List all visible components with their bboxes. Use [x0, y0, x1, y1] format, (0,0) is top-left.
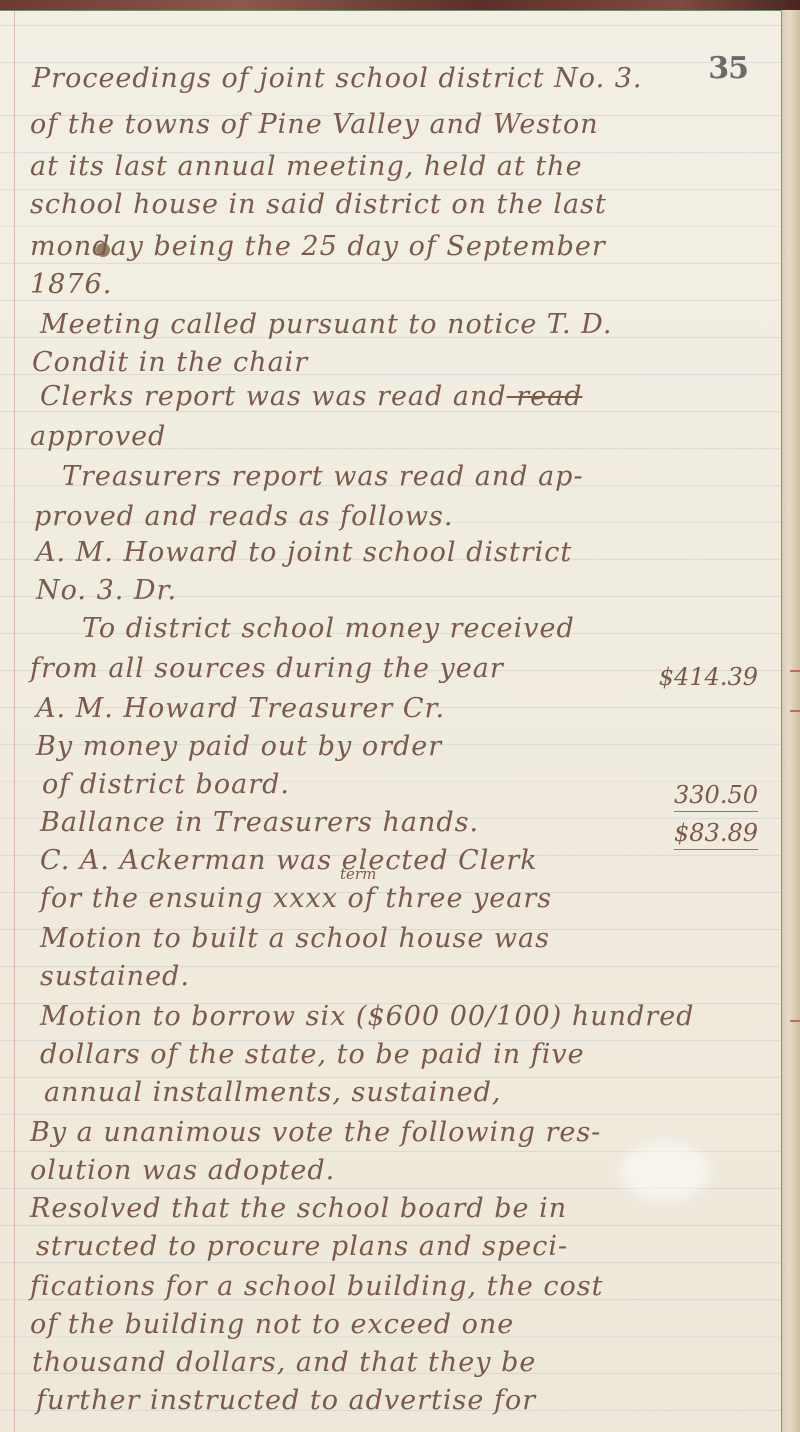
text-line: By a unanimous vote the following res-	[30, 1117, 601, 1148]
text-line: Resolved that the school board be in	[30, 1193, 567, 1224]
amount-balance: $83.89	[674, 819, 758, 850]
text-line: By money paid out by order	[36, 731, 442, 762]
text-line: Treasurers report was read and ap-	[62, 461, 584, 492]
text-line: annual installments, sustained,	[44, 1077, 501, 1108]
text-line: from all sources during the year	[30, 653, 504, 684]
margin-rule	[14, 11, 15, 1432]
text-line: fications for a school building, the cos…	[30, 1271, 604, 1302]
text-line: dollars of the state, to be paid in five	[40, 1039, 585, 1070]
paper-smudge	[620, 1141, 710, 1201]
text-line: Meeting called pursuant to notice T. D.	[40, 309, 612, 340]
text-line: thousand dollars, and that they be	[32, 1347, 536, 1378]
amount-received: $414.39	[659, 663, 758, 691]
inserted-word: term	[340, 865, 376, 883]
text-line: A. M. Howard to joint school district	[36, 537, 572, 568]
text-line: of district board.	[42, 769, 290, 800]
text-line: proved and reads as follows.	[34, 501, 453, 532]
text-line: Motion to borrow six ($600 00/100) hundr…	[40, 1001, 694, 1032]
text-line: Proceedings of joint school district No.…	[32, 63, 643, 94]
text-line: at its last annual meeting, held at the	[30, 151, 583, 182]
text-line: A. M. Howard Treasurer Cr.	[36, 693, 445, 724]
text-line: of the building not to exceed one	[30, 1309, 514, 1340]
ledger-page: 35 Proceedings of joint school district …	[0, 10, 782, 1432]
struck-word: read	[507, 381, 583, 412]
text-line: Clerks report was was read and read	[40, 381, 583, 412]
text-line: further instructed to advertise for	[36, 1385, 536, 1416]
text-line: Ballance in Treasurers hands.	[40, 807, 479, 838]
text-line: school house in said district on the las…	[30, 189, 607, 220]
page-gutter	[781, 10, 800, 1432]
text-line: To district school money received	[82, 613, 575, 644]
text-line: Motion to built a school house was	[40, 923, 550, 954]
text-line: C. A. Ackerman was elected Clerk	[40, 845, 538, 876]
text-line: Condit in the chair	[32, 347, 308, 378]
text-line: sustained.	[40, 961, 190, 992]
text-line: monday being the 25 day of September	[30, 231, 606, 262]
gutter-tab-mark	[790, 670, 800, 672]
gutter-tab-mark	[790, 710, 800, 712]
gutter-tab-mark	[790, 1020, 800, 1022]
text-line: of the towns of Pine Valley and Weston	[30, 109, 599, 140]
text-line: olution was adopted.	[30, 1155, 335, 1186]
page-number: 35	[708, 51, 748, 86]
text-line: No. 3. Dr.	[36, 575, 177, 606]
text-line: structed to procure plans and speci-	[36, 1231, 568, 1262]
text-line: approved	[30, 421, 166, 452]
text-line: 1876.	[30, 269, 112, 300]
amount-paid-out: 330.50	[674, 781, 758, 812]
text-line: for the ensuing xxxx of three years	[40, 883, 552, 914]
